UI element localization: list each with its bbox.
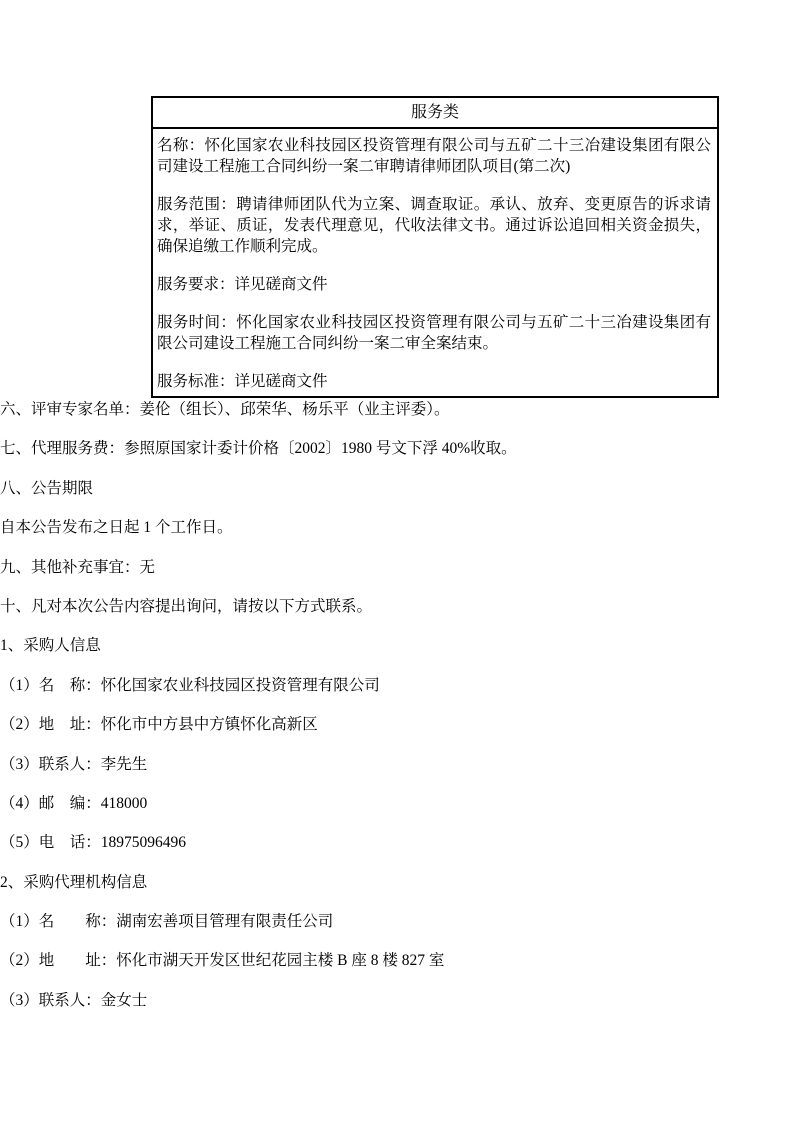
item-9-other-matters: 九、其他补充事宜：无 [0, 557, 793, 579]
agency-contact-person: （3）联系人：金女士 [0, 990, 793, 1012]
service-time-paragraph: 服务时间：怀化国家农业科技园区投资管理有限公司与五矿二十三冶建设集团有限公司建设… [157, 312, 711, 354]
table-body-row: 名称：怀化国家农业科技园区投资管理有限公司与五矿二十三冶建设集团有限公司建设工程… [152, 128, 718, 397]
purchaser-contact-person: （3）联系人：李先生 [0, 754, 793, 776]
item-10-contact-intro: 十、凡对本次公告内容提出询问，请按以下方式联系。 [0, 596, 793, 618]
service-name-paragraph: 名称：怀化国家农业科技园区投资管理有限公司与五矿二十三冶建设集团有限公司建设工程… [157, 135, 711, 177]
purchaser-name: （1）名 称：怀化国家农业科技园区投资管理有限公司 [0, 675, 793, 697]
service-requirement-paragraph: 服务要求：详见磋商文件 [157, 274, 711, 295]
service-standard-paragraph: 服务标准：详见磋商文件 [157, 371, 711, 392]
document-content: 服务类 名称：怀化国家农业科技园区投资管理有限公司与五矿二十三冶建设集团有限公司… [0, 0, 793, 1012]
table-body-cell: 名称：怀化国家农业科技园区投资管理有限公司与五矿二十三冶建设集团有限公司建设工程… [152, 128, 718, 397]
purchaser-info-heading: 1、采购人信息 [0, 635, 793, 657]
purchaser-address: （2）地 址：怀化市中方县中方镇怀化高新区 [0, 714, 793, 736]
table-header-service-category: 服务类 [152, 97, 718, 128]
document-page: 服务类 名称：怀化国家农业科技园区投资管理有限公司与五矿二十三冶建设集团有限公司… [0, 0, 793, 1122]
announcement-list: 六、评审专家名单：姜伦（组长）、邱荣华、杨乐平（业主评委）。 七、代理服务费：参… [0, 399, 793, 1012]
service-category-table: 服务类 名称：怀化国家农业科技园区投资管理有限公司与五矿二十三冶建设集团有限公司… [151, 96, 719, 398]
item-8-announce-period: 八、公告期限 [0, 478, 793, 500]
service-scope-paragraph: 服务范围：聘请律师团队代为立案、调查取证。承认、放弃、变更原告的诉求请求，举证、… [157, 194, 711, 257]
purchaser-phone: （5）电 话：18975096496 [0, 832, 793, 854]
agency-name: （1）名 称：湖南宏善项目管理有限责任公司 [0, 911, 793, 933]
purchaser-postcode: （4）邮 编：418000 [0, 793, 793, 815]
agency-info-heading: 2、采购代理机构信息 [0, 872, 793, 894]
item-6-expert-list: 六、评审专家名单：姜伦（组长）、邱荣华、杨乐平（业主评委）。 [0, 399, 793, 421]
table-header-row: 服务类 [152, 97, 718, 128]
announce-period-detail: 自本公告发布之日起 1 个工作日。 [0, 517, 793, 539]
agency-address: （2）地 址：怀化市湖天开发区世纪花园主楼 B 座 8 楼 827 室 [0, 950, 793, 972]
item-7-agency-fee: 七、代理服务费：参照原国家计委计价格〔2002〕1980 号文下浮 40%收取。 [0, 438, 793, 460]
